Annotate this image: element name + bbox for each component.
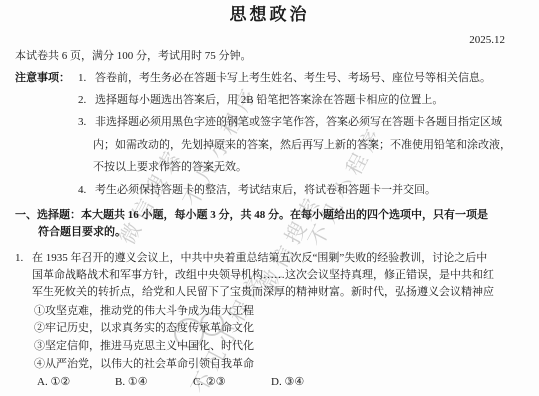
question-statement: ②牢记历史，以求真务实的态度传承革命文化 xyxy=(34,322,254,335)
notice-line: 不按以上要求作答的答案无效。 xyxy=(15,161,247,174)
notice-label: 注意事项： xyxy=(15,72,78,85)
notice-line: 4.考生必须保持答题卡的整洁，考试结束后，将试卷和答题卡一并交回。 xyxy=(15,184,436,197)
question-statement: ③坚定信仰，推进马克思主义中国化、时代化 xyxy=(34,340,254,353)
question-statement: ①攻坚克难，推动党的伟大斗争成为伟大工程 xyxy=(34,305,254,318)
notice-item-number: 3. xyxy=(78,116,95,129)
section-heading: 一、选择题：本大题共 16 小题，每小题 3 分，共 48 分。在每小题给出的四… xyxy=(15,209,488,222)
question-line: 1.在 1935 年召开的遵义会议上，中共中央着重总结第五次反“围剿”失败的经验… xyxy=(15,252,487,265)
question-stem: 军生死攸关的转折点，给党和人民留下了宝贵而深厚的精神财富。新时代，弘扬遵义会议精… xyxy=(32,286,494,299)
choice-D: D. ③④ xyxy=(271,376,304,389)
notice-item-number: 2. xyxy=(78,94,95,107)
notice-line: 2.选择题每小题选出答案后，用 2B 铅笔把答案涂在答题卡相应的位置上。 xyxy=(15,94,443,107)
notice-item-text: 不按以上要求作答的答案无效。 xyxy=(93,161,247,173)
question-number: 1. xyxy=(15,252,32,265)
exam-paper-page: 微信搜索 不凡小程序 不凡小程序 微信搜索 不凡小程序 思想政治 2025.12… xyxy=(0,0,539,396)
notice-item-text: 非选择题必须用黑色字迹的钢笔或签字笔作答，答案必须写在答题卡各题目指定区域 xyxy=(95,116,502,128)
page-title: 思想政治 xyxy=(0,8,539,21)
choice-B: B. ①④ xyxy=(115,376,148,389)
notice-item-number: 1. xyxy=(78,72,95,85)
question-stem: 在 1935 年召开的遵义会议上，中共中央着重总结第五次反“围剿”失败的经验教训… xyxy=(32,252,487,264)
notice-item-text: 答卷前，考生务必在答题卡写上考生姓名、考生号、考场号、座位号等相关信息。 xyxy=(95,72,491,84)
question-stem: 国革命战略战术和军事方针，改组中央领导机构……这次会议坚持真理，修正错误，是中共… xyxy=(32,269,494,282)
notice-item-text: 内；如需改动的，先划掉原来的答案，然后再写上新的答案；不准使用铅笔和涂改液， xyxy=(93,139,511,151)
exam-date: 2025.12 xyxy=(469,34,505,47)
section-heading: 符合题目要求的。 xyxy=(38,226,126,239)
notice-item-text: 考生必须保持答题卡的整洁，考试结束后，将试卷和答题卡一并交回。 xyxy=(95,184,436,196)
notice-line: 3.非选择题必须用黑色字迹的钢笔或签字笔作答，答案必须写在答题卡各题目指定区域 xyxy=(15,116,502,129)
choices-row: A. ①② B. ①④ C. ②③ D. ③④ xyxy=(0,376,539,392)
notice-line: 内；如需改动的，先划掉原来的答案，然后再写上新的答案；不准使用铅笔和涂改液， xyxy=(15,139,511,152)
paper-info: 本试卷共 6 页，满分 100 分，考试用时 75 分钟。 xyxy=(15,50,252,63)
choice-A: A. ①② xyxy=(37,376,70,389)
choice-C: C. ②③ xyxy=(193,376,226,389)
notice-item-number: 4. xyxy=(78,184,95,197)
notice-line: 注意事项：1.答卷前，考生务必在答题卡写上考生姓名、考生号、考场号、座位号等相关… xyxy=(15,72,491,85)
question-statement: ④从严治党，以伟大的社会革命引领自我革命 xyxy=(34,358,254,371)
notice-item-text: 选择题每小题选出答案后，用 2B 铅笔把答案涂在答题卡相应的位置上。 xyxy=(95,94,443,106)
